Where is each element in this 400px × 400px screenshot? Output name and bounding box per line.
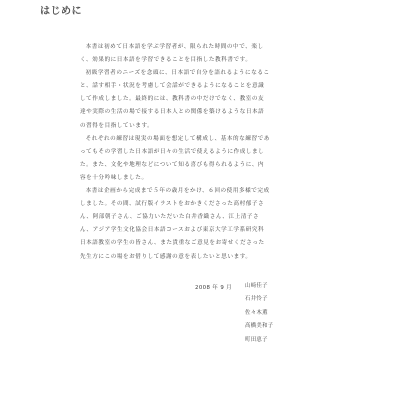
signature-date: 2008 年 9 月	[195, 283, 232, 291]
paragraph-3: それぞれの練習は現実の場面を想定して構成し、基本的な練習であってもその学習した日…	[80, 133, 270, 185]
author-name: 高橋美和子	[245, 323, 273, 336]
paragraph-4: 本書は企画から完成まで５年の歳月をかけ、６回の使用多様で完成しました。その間、試…	[80, 185, 270, 264]
page-title: はじめに	[40, 2, 82, 17]
author-name: 町田恵子	[245, 337, 273, 350]
author-name: 佐々木薫	[245, 310, 273, 323]
paragraph-1: 本書は初めて日本語を学ぶ学習者が、限られた時間の中で、楽しく、効果的に日本語を学…	[80, 41, 270, 67]
author-name: 石井怜子	[245, 296, 273, 309]
paragraph-2: 初級学習者のニーズを念頭に、日本語で自分を語れるようになること、話す相手・状況を…	[80, 67, 270, 132]
author-name: 山﨑佳子	[245, 283, 273, 296]
preface-body: 本書は初めて日本語を学ぶ学習者が、限られた時間の中で、楽しく、効果的に日本語を学…	[80, 41, 270, 264]
author-list: 山﨑佳子 石井怜子 佐々木薫 高橋美和子 町田恵子	[245, 283, 273, 350]
